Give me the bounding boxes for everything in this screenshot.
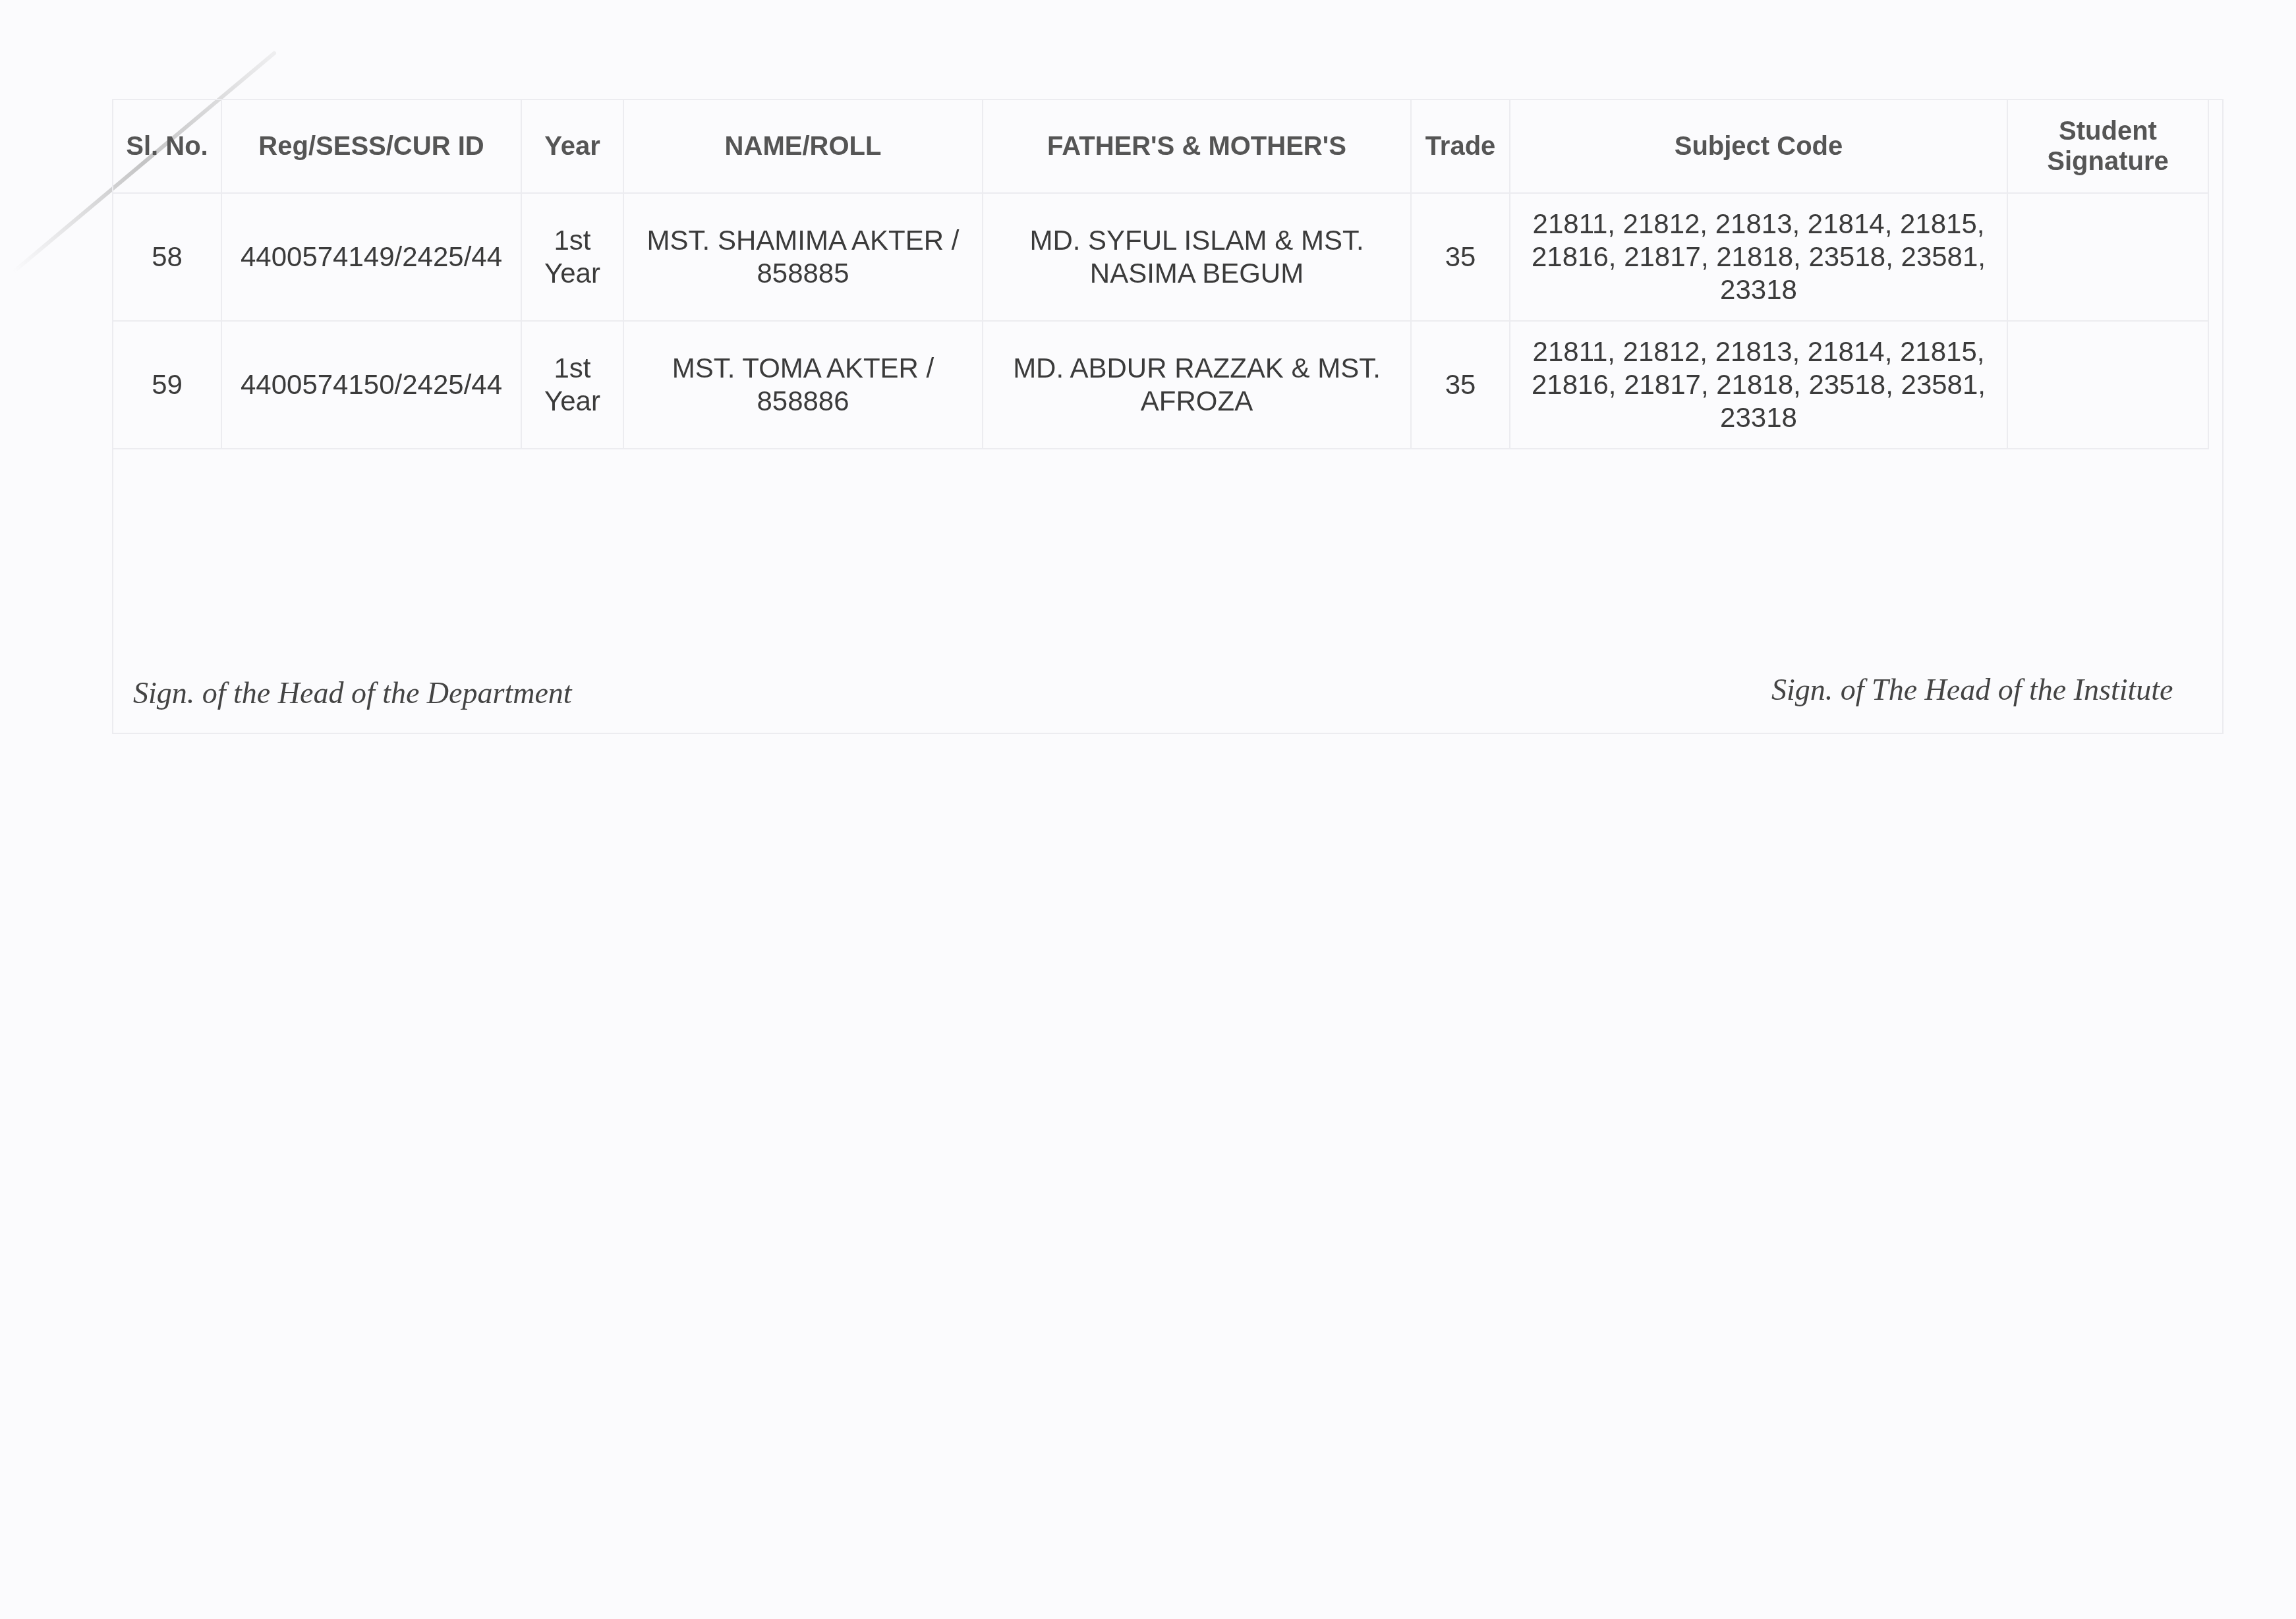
header-signature: Student Signature (2007, 99, 2208, 193)
cell-subject-code: 21811, 21812, 21813, 21814, 21815, 21816… (1510, 193, 2007, 321)
cell-parents: MD. ABDUR RAZZAK & MST. AFROZA (983, 321, 1411, 449)
cell-year: 1st Year (521, 321, 623, 449)
header-reg-id: Reg/SESS/CUR ID (221, 99, 521, 193)
student-roster-table: Sl. No. Reg/SESS/CUR ID Year NAME/ROLL F… (112, 99, 2209, 449)
header-subject-code: Subject Code (1510, 99, 2007, 193)
header-name-roll: NAME/ROLL (623, 99, 983, 193)
header-trade: Trade (1411, 99, 1510, 193)
cell-name-roll: MST. TOMA AKTER / 858886 (623, 321, 983, 449)
head-of-institute-signature-label: Sign. of The Head of the Institute (1771, 672, 2173, 707)
cell-sl-no: 58 (113, 193, 221, 321)
header-parents: FATHER'S & MOTHER'S (983, 99, 1411, 193)
cell-signature (2007, 321, 2208, 449)
head-of-department-signature-label: Sign. of the Head of the Department (133, 675, 572, 710)
table-row: 58 4400574149/2425/44 1st Year MST. SHAM… (113, 193, 2208, 321)
cell-trade: 35 (1411, 321, 1510, 449)
cell-reg-id: 4400574150/2425/44 (221, 321, 521, 449)
cell-parents: MD. SYFUL ISLAM & MST. NASIMA BEGUM (983, 193, 1411, 321)
header-sl-no: Sl. No. (113, 99, 221, 193)
cell-subject-code: 21811, 21812, 21813, 21814, 21815, 21816… (1510, 321, 2007, 449)
cell-trade: 35 (1411, 193, 1510, 321)
cell-name-roll: MST. SHAMIMA AKTER / 858885 (623, 193, 983, 321)
cell-year: 1st Year (521, 193, 623, 321)
cell-signature (2007, 193, 2208, 321)
cell-sl-no: 59 (113, 321, 221, 449)
table-row: 59 4400574150/2425/44 1st Year MST. TOMA… (113, 321, 2208, 449)
table-header-row: Sl. No. Reg/SESS/CUR ID Year NAME/ROLL F… (113, 99, 2208, 193)
cell-reg-id: 4400574149/2425/44 (221, 193, 521, 321)
header-year: Year (521, 99, 623, 193)
